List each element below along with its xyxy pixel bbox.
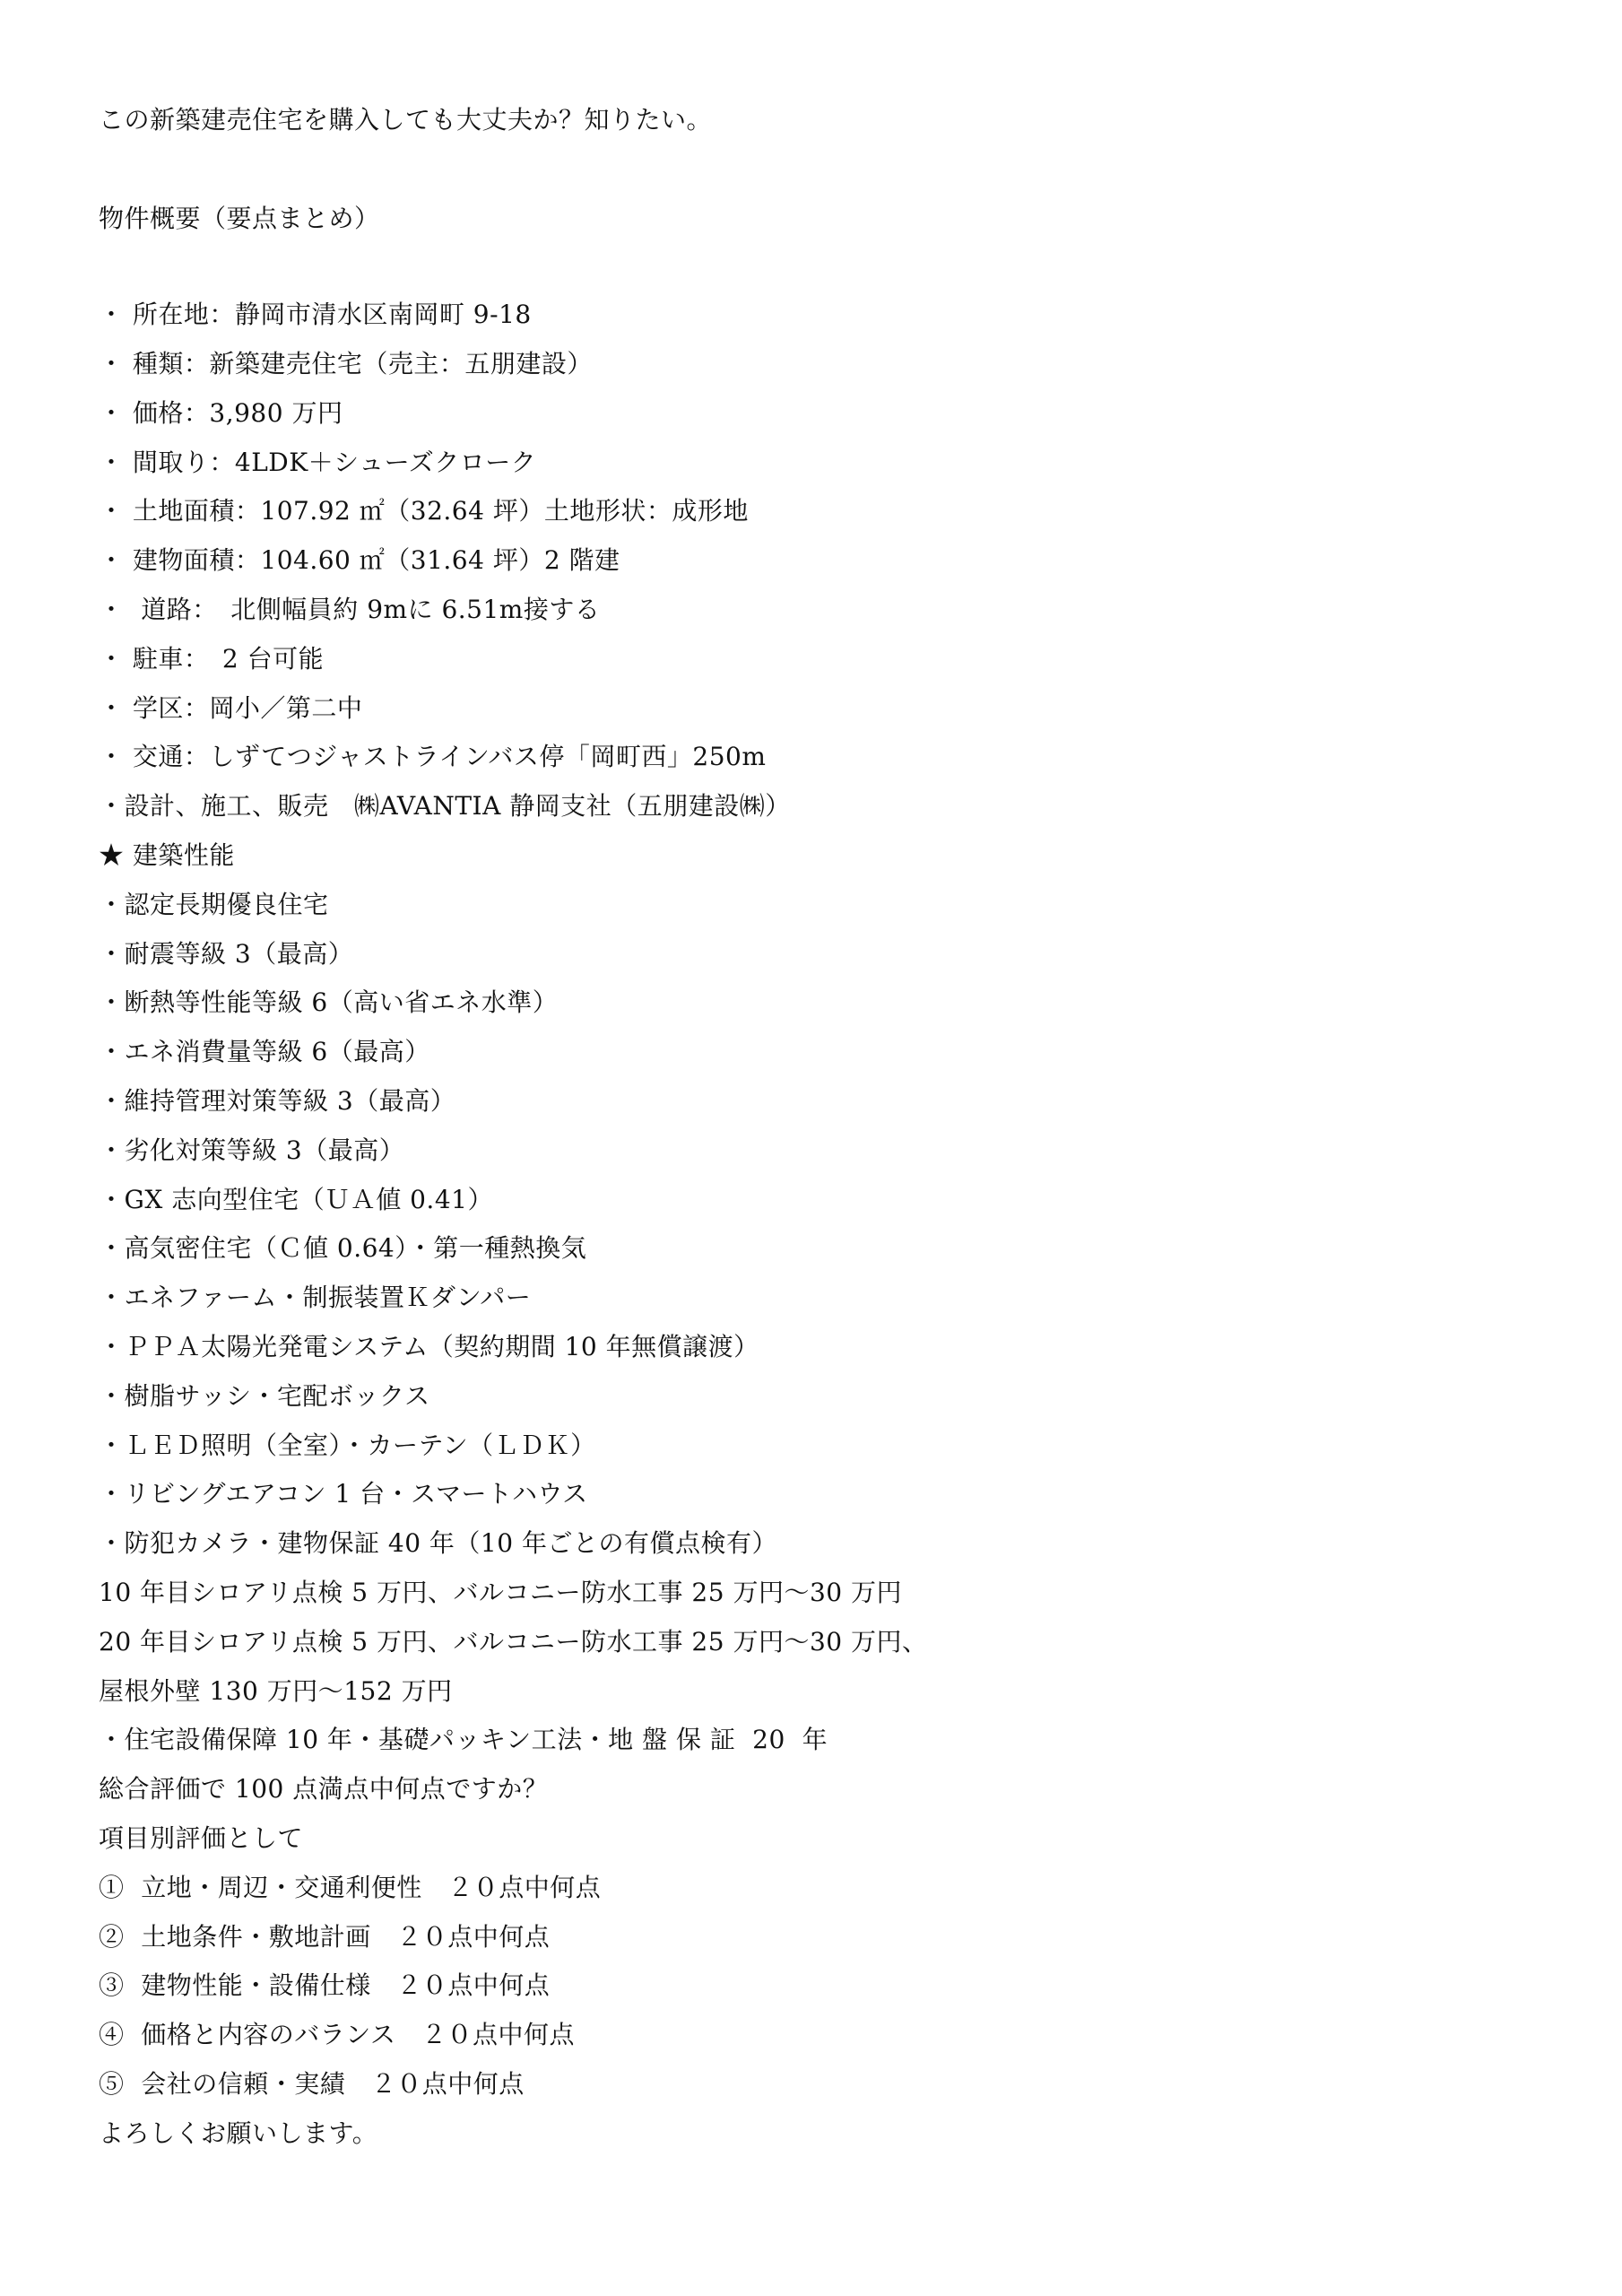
- performance-item: ・耐震等級 3（最高）: [99, 936, 353, 972]
- overview-item-land-area: ・ 土地面積：107.92 ㎡（32.64 坪）土地形状：成形地: [99, 493, 749, 529]
- performance-item: ・維持管理対策等級 3（最高）: [99, 1083, 455, 1119]
- maintenance-line: 20 年目シロアリ点検 5 万円、バルコニー防水工事 25 万円〜30 万円、: [99, 1624, 928, 1660]
- overview-item-location: ・ 所在地：静岡市清水区南岡町 9-18: [99, 297, 532, 333]
- overview-item-parking: ・ 駐車： 2 台可能: [99, 641, 324, 677]
- overview-item-price: ・ 価格：3,980 万円: [99, 396, 343, 431]
- question-text: この新築建売住宅を購入しても大丈夫か？知りたい。: [99, 102, 712, 138]
- category-item: ③ 建物性能・設備仕様 ２０点中何点: [99, 1968, 550, 2004]
- overview-item-builder: ・設計、施工、販売 ㈱AVANTIA 静岡支社（五朋建設㈱）: [99, 788, 791, 824]
- warranty-line: ・住宅設備保障 10 年・基礎パッキン工法・地 盤 保 証 20 年: [99, 1722, 828, 1758]
- maintenance-line: 屋根外壁 130 万円〜152 万円: [99, 1674, 453, 1709]
- maintenance-line: 10 年目シロアリ点検 5 万円、バルコニー防水工事 25 万円〜30 万円: [99, 1575, 902, 1611]
- overview-item-type: ・ 種類：新築建売住宅（売主：五朋建設）: [99, 346, 593, 382]
- performance-item: ・認定長期優良住宅: [99, 887, 329, 923]
- category-heading: 項目別評価として: [99, 1821, 303, 1857]
- performance-item: ・リビングエアコン 1 台・スマートハウス: [99, 1476, 588, 1512]
- performance-item: ・断熱等性能等級 6（高い省エネ水準）: [99, 985, 558, 1021]
- performance-item: ・ＬＥＤ照明（全室）・カーテン（ＬＤＫ）: [99, 1428, 596, 1464]
- performance-item: ・GX 志向型住宅（ＵＡ値 0.41）: [99, 1182, 493, 1218]
- performance-item: ・樹脂サッシ・宅配ボックス: [99, 1378, 430, 1414]
- performance-item: ・エネファーム・制振装置Ｋダンパー: [99, 1280, 531, 1316]
- overview-item-road: ・ 道路： 北側幅員約 9mに 6.51m接する: [99, 592, 600, 628]
- overview-item-school: ・ 学区：岡小／第二中: [99, 691, 362, 726]
- category-item: ① 立地・周辺・交通利便性 ２０点中何点: [99, 1870, 601, 1906]
- performance-item: ・劣化対策等級 3（最高）: [99, 1133, 404, 1169]
- category-item: ⑤ 会社の信頼・実績 ２０点中何点: [99, 2066, 525, 2102]
- performance-heading: ★ 建築性能: [99, 838, 235, 874]
- performance-item: ・エネ消費量等級 6（最高）: [99, 1034, 430, 1070]
- category-item: ④ 価格と内容のバランス ２０点中何点: [99, 2017, 575, 2053]
- overview-item-building-area: ・ 建物面積：104.60 ㎡（31.64 坪）2 階建: [99, 543, 620, 578]
- closing-text: よろしくお願いします。: [99, 2116, 377, 2152]
- overview-item-layout: ・ 間取り：4LDK＋シューズクローク: [99, 445, 536, 481]
- total-score-question: 総合評価で 100 点満点中何点ですか？: [99, 1771, 548, 1807]
- performance-item: ・高気密住宅（Ｃ値 0.64）・第一種熱換気: [99, 1231, 586, 1266]
- overview-heading: 物件概要（要点まとめ）: [99, 201, 380, 237]
- performance-item: ・ＰＰＡ太陽光発電システム（契約期間 10 年無償譲渡）: [99, 1329, 759, 1365]
- category-item: ② 土地条件・敷地計画 ２０点中何点: [99, 1919, 550, 1955]
- overview-item-transport: ・ 交通：しずてつジャストラインバス停「岡町西」250m: [99, 739, 766, 775]
- performance-item: ・防犯カメラ・建物保証 40 年（10 年ごとの有償点検有）: [99, 1526, 777, 1561]
